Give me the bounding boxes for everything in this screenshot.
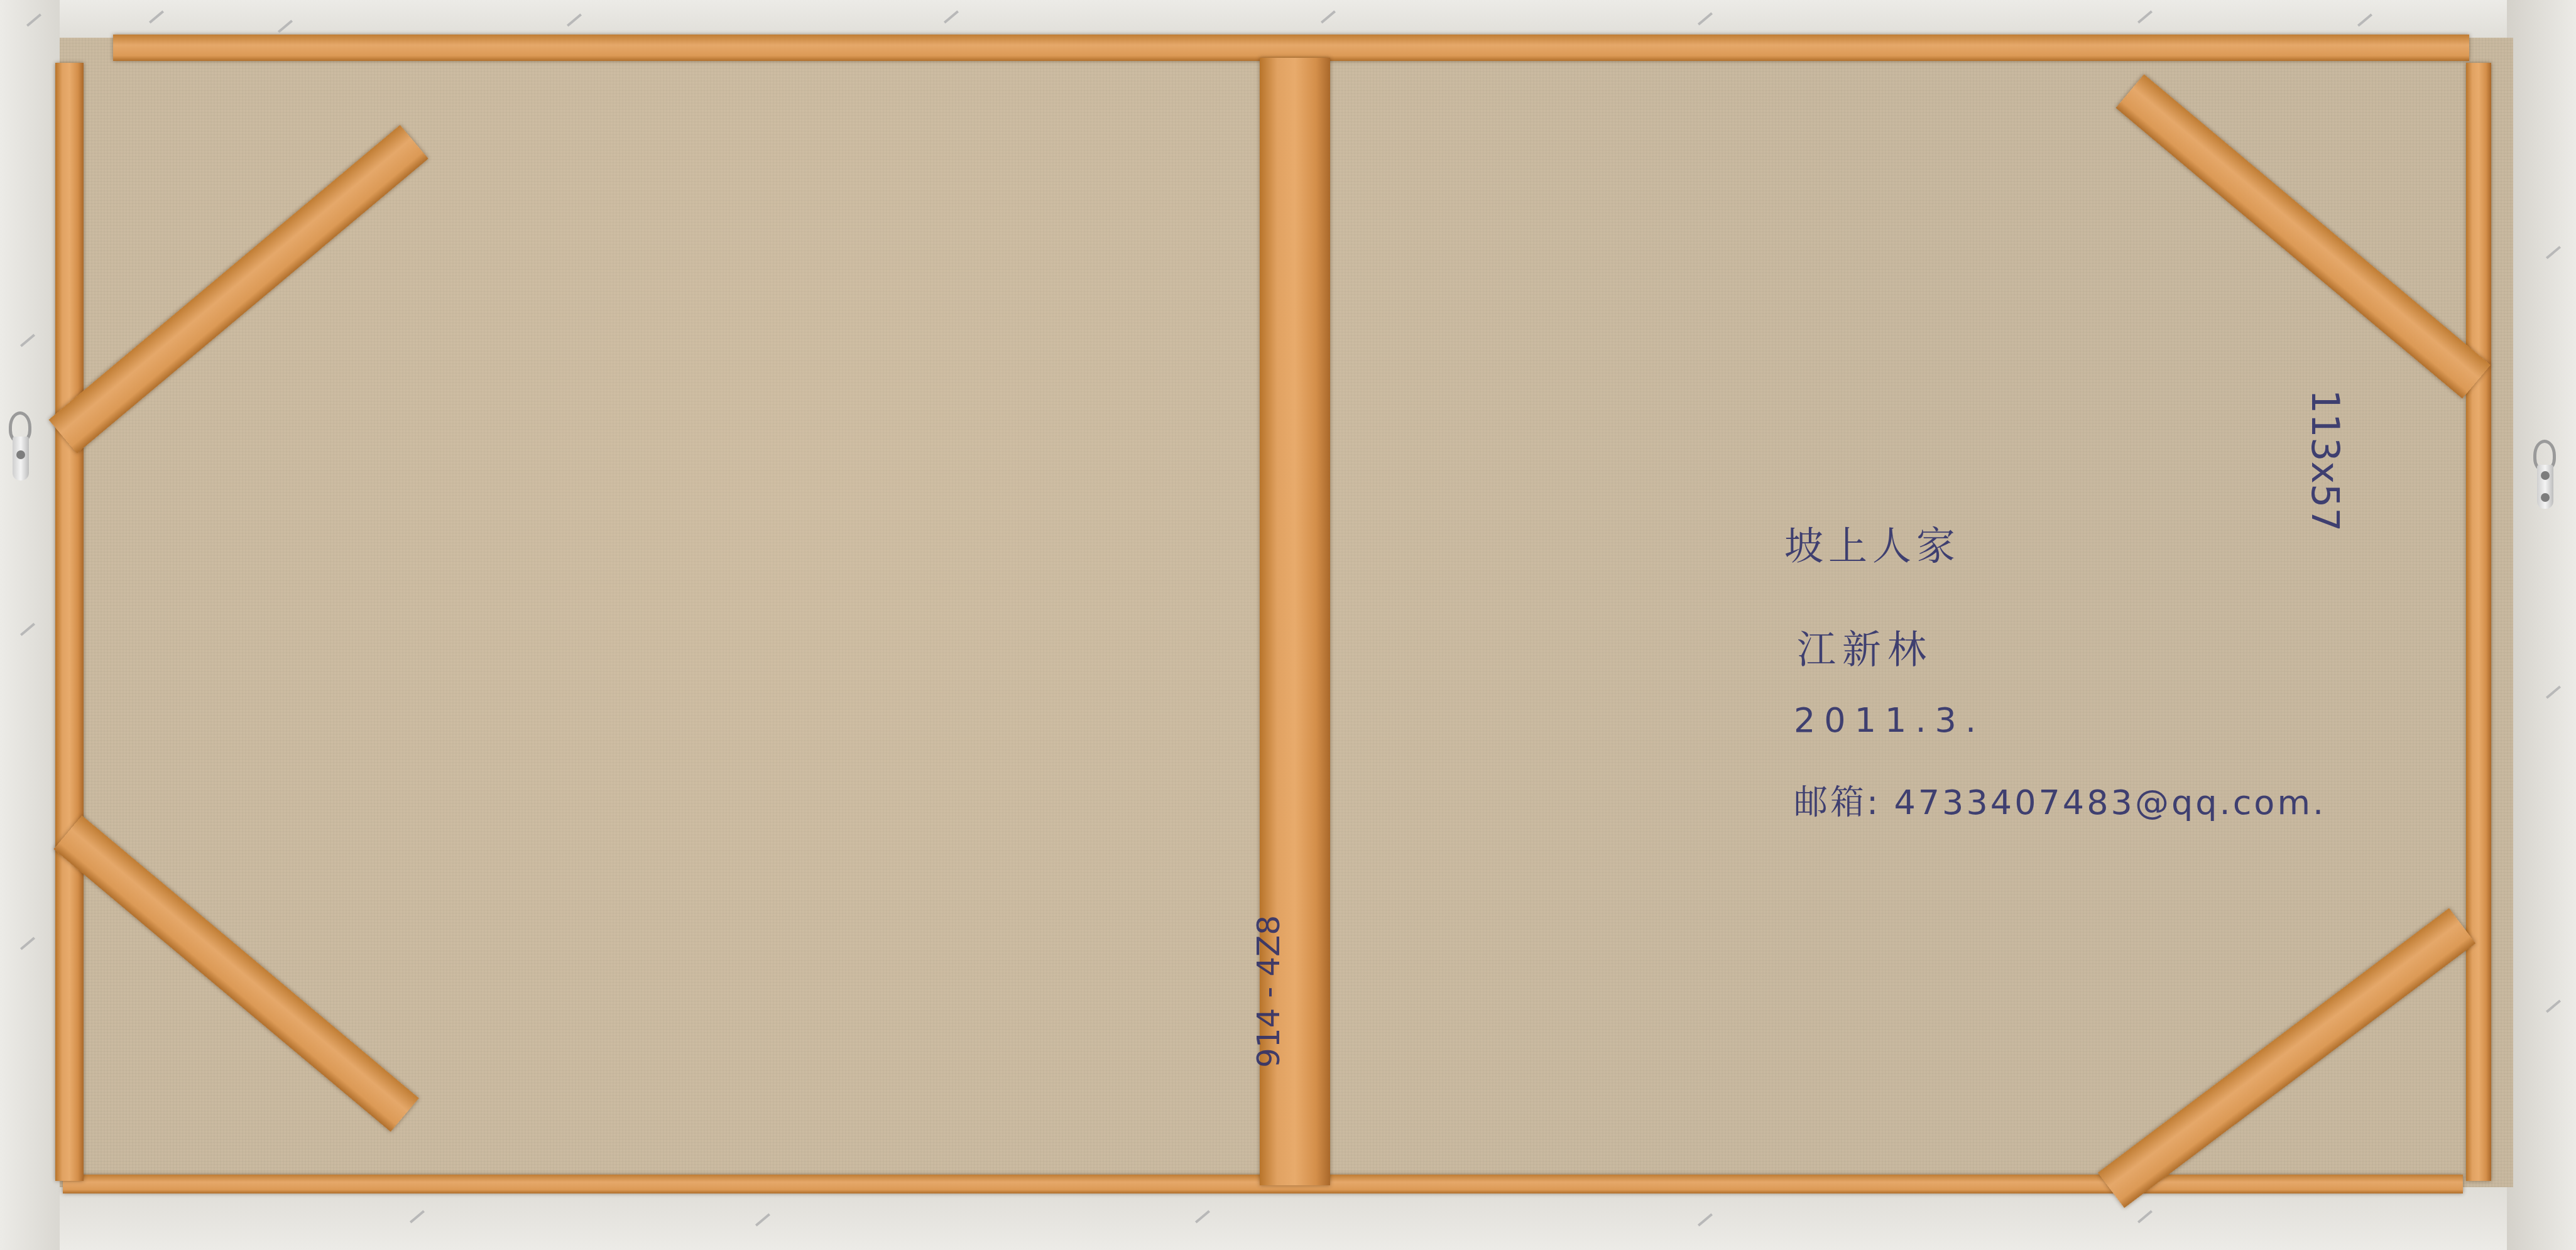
painting-title: 坡上人家	[1784, 515, 1960, 571]
canvas-wrap-right	[2507, 0, 2576, 1250]
email-address: 4733407483@qq.com.	[1894, 783, 2326, 822]
d-ring-hanger-left-icon	[8, 411, 33, 481]
artist-name: 江新林	[1797, 619, 1933, 675]
email-label: 邮箱:	[1794, 783, 1880, 822]
stretcher-right-rail	[2466, 63, 2491, 1181]
stretcher-bar-note: 914 - 4Z8	[1250, 915, 1287, 1068]
painting-date: 2011.3.	[1794, 700, 1985, 740]
stretcher-left-rail	[55, 63, 84, 1181]
email-line: 邮箱: 4733407483@qq.com.	[1794, 776, 2326, 824]
canvas-size-note: 113x57	[2303, 389, 2347, 531]
d-ring-hanger-right-icon	[2532, 440, 2557, 509]
canvas-back-photo: 坡上人家 江新林 2011.3. 邮箱: 4733407483@qq.com. …	[0, 0, 2576, 1250]
stretcher-top-rail	[113, 35, 2469, 61]
